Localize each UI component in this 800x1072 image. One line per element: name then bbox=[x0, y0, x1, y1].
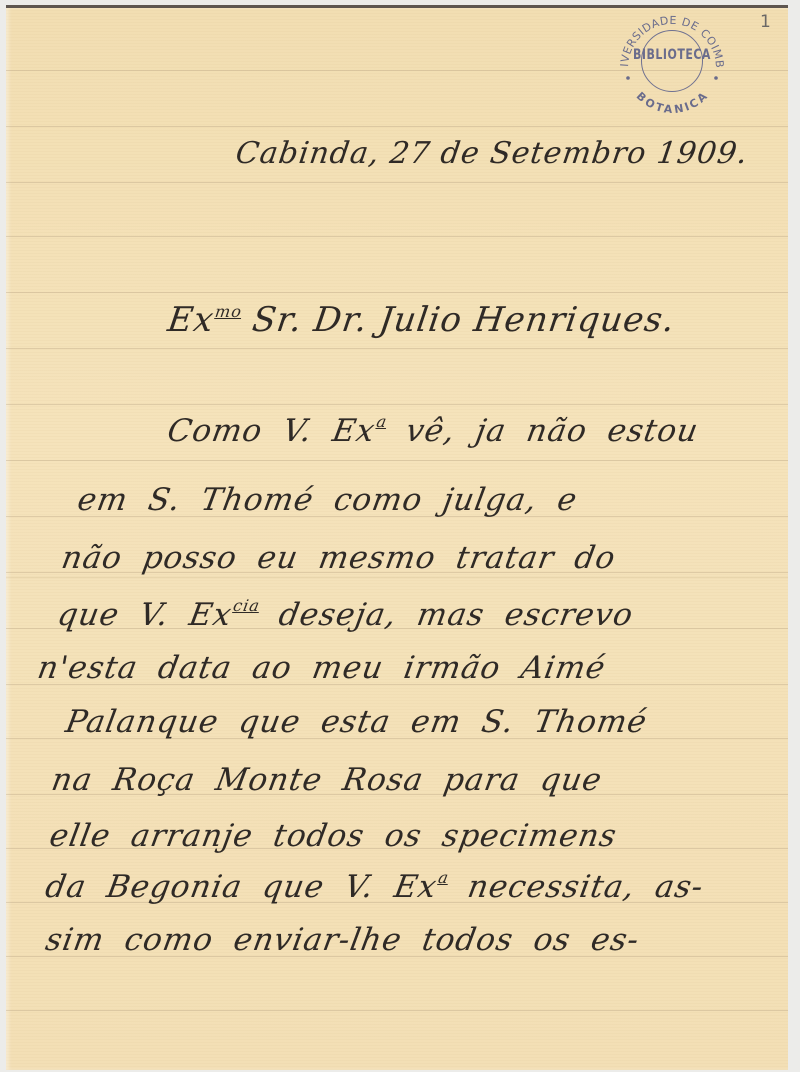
ruled-line bbox=[6, 126, 788, 127]
body-text: Palanque que esta em S. Thomé bbox=[63, 704, 650, 740]
page-number: 1 bbox=[760, 12, 771, 32]
ruled-line bbox=[6, 292, 788, 293]
body-line: da Begonia que V. Exa necessita, as- bbox=[43, 868, 707, 905]
ruled-line bbox=[6, 460, 788, 461]
ruled-line bbox=[6, 404, 788, 405]
salutation-prefix-sup: mo bbox=[214, 302, 243, 321]
stamp-center-text: BIBLIOTECA bbox=[614, 46, 730, 62]
body-line: na Roça Monte Rosa para que bbox=[49, 762, 605, 798]
fold-crease bbox=[6, 576, 788, 579]
body-line: não posso eu mesmo tratar do bbox=[59, 540, 619, 576]
body-text: vê, ja não estou bbox=[382, 413, 701, 449]
ruled-line bbox=[6, 182, 788, 183]
body-line: Palanque que esta em S. Thomé bbox=[63, 704, 650, 740]
ruled-line bbox=[6, 348, 788, 349]
body-text: não posso eu mesmo tratar do bbox=[59, 540, 619, 576]
ruled-line bbox=[6, 1010, 788, 1011]
stamp-bottom-text: BOTANICA bbox=[634, 89, 711, 116]
ruled-line bbox=[6, 236, 788, 237]
salutation-title: Sr. Dr. bbox=[250, 300, 371, 340]
body-line: elle arranje todos os specimens bbox=[47, 818, 620, 854]
body-text: em S. Thomé como julga, e bbox=[75, 482, 581, 518]
body-text: necessita, as- bbox=[444, 869, 706, 905]
scanned-page: UNIVERSIDADE DE COIMBRA BOTANICA BIBLIOT… bbox=[0, 0, 800, 1072]
body-sup: cia bbox=[232, 596, 262, 615]
body-line: n'esta data ao meu irmão Aimé bbox=[35, 650, 609, 686]
body-text: na Roça Monte Rosa para que bbox=[49, 762, 605, 798]
library-stamp: UNIVERSIDADE DE COIMBRA BOTANICA BIBLIOT… bbox=[614, 6, 730, 122]
body-line: em S. Thomé como julga, e bbox=[75, 482, 581, 518]
recipient-name: Julio Henriques. bbox=[377, 300, 678, 340]
body-line: sim como enviar-lhe todos os es- bbox=[43, 922, 643, 958]
body-text: elle arranje todos os specimens bbox=[47, 818, 620, 854]
svg-text:BOTANICA: BOTANICA bbox=[634, 89, 711, 116]
body-text: deseja, mas escrevo bbox=[255, 597, 636, 633]
body-text: que V. Ex bbox=[55, 597, 235, 633]
body-text: da Begonia que V. Ex bbox=[43, 869, 440, 905]
body-line: que V. Excia deseja, mas escrevo bbox=[55, 596, 637, 633]
salutation: Exmo Sr. Dr. Julio Henriques. bbox=[165, 300, 677, 340]
body-text: sim como enviar-lhe todos os es- bbox=[43, 922, 643, 958]
body-text: n'esta data ao meu irmão Aimé bbox=[35, 650, 609, 686]
date-line: Cabinda, 27 de Setembro 1909. bbox=[234, 136, 751, 171]
salutation-prefix: Ex bbox=[165, 300, 217, 340]
body-text: Como V. Ex bbox=[165, 413, 378, 449]
body-line: Como V. Exa vê, ja não estou bbox=[165, 412, 702, 449]
